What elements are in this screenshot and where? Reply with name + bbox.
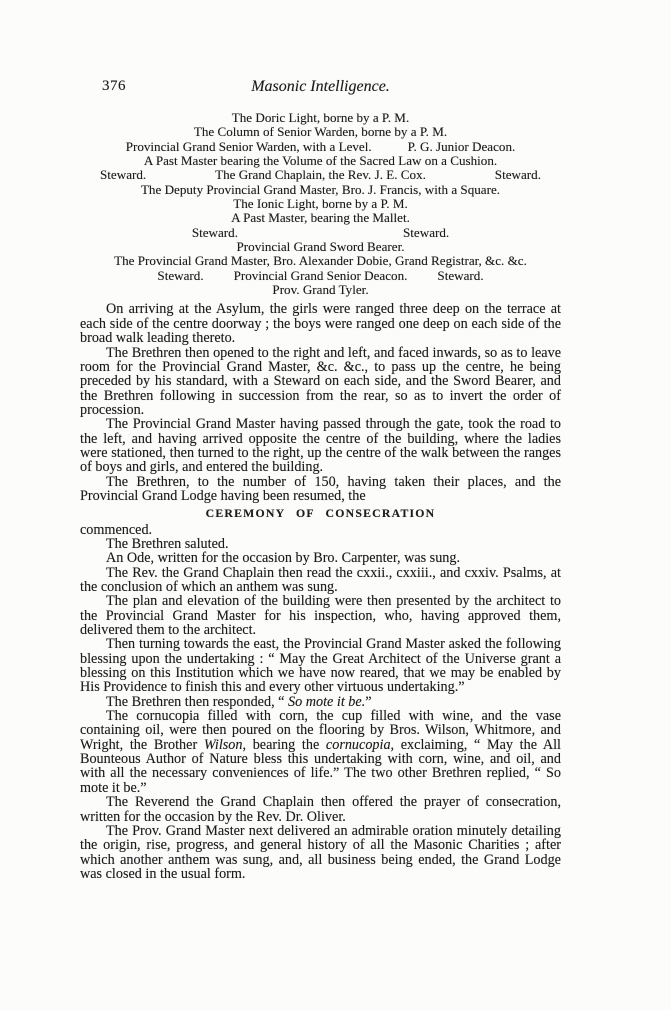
procession-line: The Deputy Provincial Grand Master, Bro.… [80, 183, 561, 197]
procession-segment: Provincial Grand Senior Deacon. [234, 269, 408, 283]
procession-line: A Past Master bearing the Volume of the … [80, 154, 561, 168]
page-number: 376 [102, 78, 126, 95]
body-paragraph: Then turning towards the east, the Provi… [80, 637, 561, 694]
body-paragraph: On arriving at the Asylum, the girls wer… [80, 302, 561, 345]
procession-segment: The Column of Senior Warden, borne by a … [194, 125, 447, 139]
text-run: The Brethren then opened to the right an… [80, 345, 561, 418]
procession-segment: The Provincial Grand Master, Bro. Alexan… [114, 254, 527, 268]
body-paragraph: The Brethren then opened to the right an… [80, 346, 561, 418]
procession-segment: Steward. [157, 269, 203, 283]
procession-segment: The Doric Light, borne by a P. M. [232, 111, 409, 125]
procession-segment: P. G. Junior Deacon. [408, 140, 516, 154]
procession-segment: A Past Master, bearing the Mallet. [231, 211, 410, 225]
body-paragraph: The Rev. the Grand Chaplain then read th… [80, 566, 561, 595]
procession-segment: The Deputy Provincial Grand Master, Bro.… [141, 183, 500, 197]
body-paragraph: The Brethren saluted. [80, 537, 561, 551]
body-paragraph: The Prov. Grand Master next delivered an… [80, 824, 561, 881]
procession-segment: Prov. Grand Tyler. [272, 283, 368, 297]
procession-segment: The Grand Chaplain, the Rev. J. E. Cox. [215, 168, 426, 182]
text-run: The Rev. the Grand Chaplain then read th… [80, 565, 561, 595]
procession-segment: The Ionic Light, borne by a P. M. [233, 197, 408, 211]
page-header: 376 Masonic Intelligence. [80, 78, 561, 98]
procession-list: The Doric Light, borne by a P. M.The Col… [80, 111, 561, 297]
section-heading: CEREMONY OF CONSECRATION [80, 506, 561, 520]
body-paragraph: The Brethren, to the number of 150, havi… [80, 475, 561, 504]
procession-line: The Provincial Grand Master, Bro. Alexan… [80, 254, 561, 268]
procession-segment: A Past Master bearing the Volume of the … [144, 154, 497, 168]
text-run: The plan and elevation of the building w… [80, 593, 561, 638]
body-text: On arriving at the Asylum, the girls wer… [80, 302, 561, 881]
body-paragraph: An Ode, written for the occasion by Bro.… [80, 551, 561, 565]
text-run: The Provincial Grand Master having passe… [80, 416, 561, 475]
procession-line: Prov. Grand Tyler. [80, 283, 561, 297]
body-paragraph: The Provincial Grand Master having passe… [80, 417, 561, 474]
text-run: On arriving at the Asylum, the girls wer… [80, 301, 561, 346]
body-paragraph: The cornucopia filled with corn, the cup… [80, 709, 561, 795]
running-head: Masonic Intelligence. [80, 78, 561, 96]
body-paragraph: The Reverend the Grand Chaplain then off… [80, 795, 561, 824]
procession-segment: Steward. [437, 269, 483, 283]
body-paragraph: The plan and elevation of the building w… [80, 594, 561, 637]
procession-segment: Steward. [192, 226, 238, 240]
procession-line: A Past Master, bearing the Mallet. [80, 211, 561, 225]
procession-segment: Steward. [495, 168, 541, 182]
text-run: The Brethren, to the number of 150, havi… [80, 474, 561, 504]
text-block: 376 Masonic Intelligence. The Doric Ligh… [80, 78, 561, 881]
body-paragraph: commenced. [80, 523, 561, 537]
scanned-page: 376 Masonic Intelligence. The Doric Ligh… [0, 0, 671, 1011]
body-paragraph: The Brethren then responded, “ So mote i… [80, 695, 561, 709]
procession-line: The Column of Senior Warden, borne by a … [80, 125, 561, 139]
procession-line: Provincial Grand Senior Warden, with a L… [80, 140, 561, 154]
procession-line: Steward.Provincial Grand Senior Deacon.S… [80, 269, 561, 283]
procession-line: Provincial Grand Sword Bearer. [80, 240, 561, 254]
procession-segment: Steward. [100, 168, 146, 182]
procession-line: Steward.The Grand Chaplain, the Rev. J. … [80, 168, 561, 182]
text-run: The Prov. Grand Master next delivered an… [80, 823, 561, 882]
procession-line: The Doric Light, borne by a P. M. [80, 111, 561, 125]
procession-segment: Steward. [403, 226, 449, 240]
procession-line: The Ionic Light, borne by a P. M. [80, 197, 561, 211]
procession-line: Steward.Steward. [80, 226, 561, 240]
text-run: Then turning towards the east, the Provi… [80, 636, 561, 695]
procession-segment: Provincial Grand Sword Bearer. [237, 240, 405, 254]
text-run: The Reverend the Grand Chaplain then off… [80, 794, 561, 824]
procession-segment: Provincial Grand Senior Warden, with a L… [126, 140, 372, 154]
